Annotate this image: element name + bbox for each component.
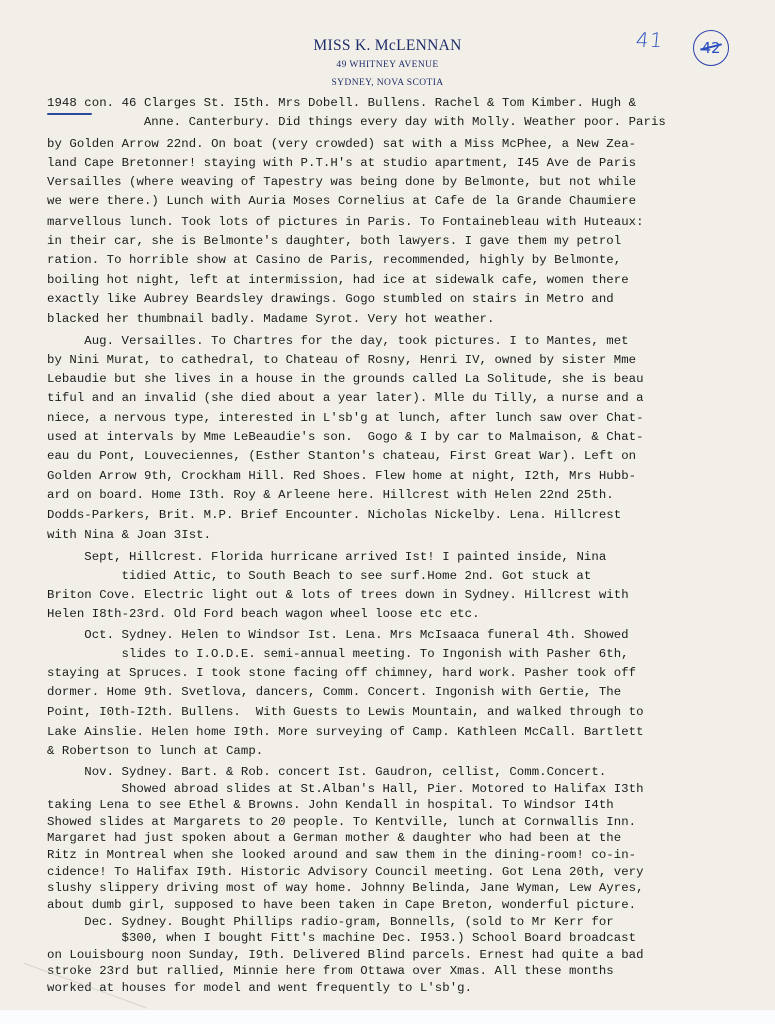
typed-line: eau du Pont, Louveciennes, (Esther Stant… — [47, 449, 636, 463]
typed-line: Margaret had just spoken about a German … — [47, 831, 621, 845]
typed-line: Lake Ainslie. Helen home I9th. More surv… — [47, 725, 644, 739]
typed-line: dormer. Home 9th. Svetlova, dancers, Com… — [47, 685, 621, 699]
typed-line: Anne. Canterbury. Did things every day w… — [144, 115, 666, 129]
typed-line: $300, when I bought Fitt's machine Dec. … — [122, 931, 637, 945]
typed-line: boiling hot night, left at intermission,… — [47, 273, 629, 287]
typed-line: we were there.) Lunch with Auria Moses C… — [47, 194, 636, 208]
typed-line: in their car, she is Belmonte's daughter… — [47, 234, 621, 248]
typed-diary-text: 1948 con. 46 Clarges St. I5th. Mrs Dobel… — [0, 0, 775, 1010]
typed-line: taking Lena to see Ethel & Browns. John … — [47, 798, 614, 812]
typed-line: Helen I8th-23rd. Old Ford beach wagon wh… — [47, 607, 480, 621]
typed-line: slushy slippery driving most of way home… — [47, 881, 644, 895]
typed-line: Dec. Sydney. Bought Phillips radio-gram,… — [84, 915, 613, 929]
typed-line: tiful and an invalid (she died about a y… — [47, 391, 644, 405]
typed-line: by Nini Murat, to cathedral, to Chateau … — [47, 353, 636, 367]
typed-line: ard on board. Home I3th. Roy & Arleene h… — [47, 488, 614, 502]
typed-line: about dumb girl, supposed to have been t… — [47, 898, 636, 912]
typed-line: land Cape Bretonner! staying with P.T.H'… — [47, 156, 636, 170]
typed-line: worked at houses for model and went freq… — [47, 981, 472, 995]
typed-line: Showed slides at Margarets to 20 people.… — [47, 815, 636, 829]
typed-line: Aug. Versailles. To Chartres for the day… — [84, 334, 628, 348]
typed-line: stroke 23rd but rallied, Minnie here fro… — [47, 964, 614, 978]
typed-line: Showed abroad slides at St.Alban's Hall,… — [122, 782, 644, 796]
typed-line: Point, I0th-I2th. Bullens. With Guests t… — [47, 705, 644, 719]
typed-line: blacked her thumbnail badly. Madame Syro… — [47, 312, 494, 326]
typed-line: Briton Cove. Electric light out & lots o… — [47, 588, 629, 602]
typed-line: Dodds-Parkers, Brit. M.P. Brief Encounte… — [47, 508, 621, 522]
typed-line: Lebaudie but she lives in a house in the… — [47, 372, 644, 386]
typed-line: exactly like Aubrey Beardsley drawings. … — [47, 292, 614, 306]
typed-line: on Louisbourg noon Sunday, I9th. Deliver… — [47, 948, 644, 962]
typed-line: & Robertson to lunch at Camp. — [47, 744, 263, 758]
typed-line: Nov. Sydney. Bart. & Rob. concert Ist. G… — [84, 765, 606, 779]
typed-line: Versailles (where weaving of Tapestry wa… — [47, 175, 636, 189]
letter-page: MISS K. McLENNAN 49 WHITNEY AVENUE SYDNE… — [0, 0, 775, 1010]
typed-line: Sept, Hillcrest. Florida hurricane arriv… — [84, 550, 606, 564]
typed-line: staying at Spruces. I took stone facing … — [47, 666, 636, 680]
typed-line: slides to I.O.D.E. semi-annual meeting. … — [122, 647, 629, 661]
typed-line: used at intervals by Mme LeBeaudie's son… — [47, 430, 644, 444]
typed-line: by Golden Arrow 22nd. On boat (very crow… — [47, 137, 636, 151]
typed-line: marvellous lunch. Took lots of pictures … — [47, 215, 644, 229]
typed-line: Oct. Sydney. Helen to Windsor Ist. Lena.… — [84, 628, 628, 642]
typed-line: tidied Attic, to South Beach to see surf… — [122, 569, 592, 583]
typed-line: with Nina & Joan 3Ist. — [47, 528, 211, 542]
typed-line: Golden Arrow 9th, Crockham Hill. Red Sho… — [47, 469, 636, 483]
typed-line: Ritz in Montreal when she looked around … — [47, 848, 636, 862]
typed-line: niece, a nervous type, interested in L's… — [47, 411, 644, 425]
typed-line: ration. To horrible show at Casino de Pa… — [47, 253, 621, 267]
typed-line: cidence! To Halifax I9th. Historic Advis… — [47, 865, 644, 879]
typed-line: 1948 con. 46 Clarges St. I5th. Mrs Dobel… — [47, 96, 636, 110]
